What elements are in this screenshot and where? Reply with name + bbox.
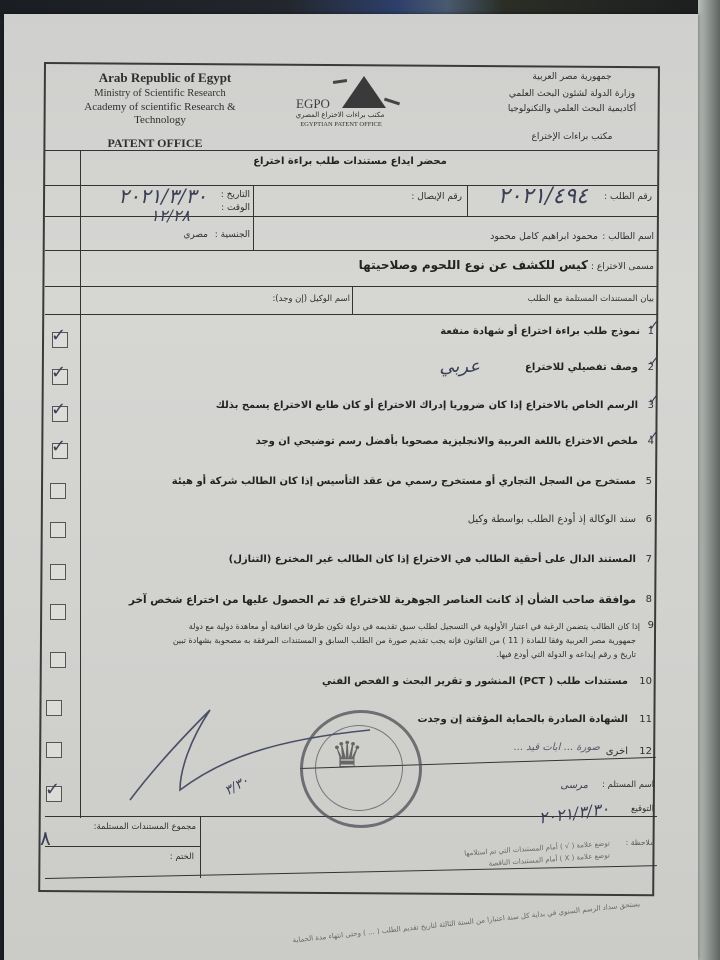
item-9-text-line1: إذا كان الطالب يتضمن الرغبة في اعتبار ال… bbox=[100, 622, 640, 631]
item-1-checkbox[interactable]: ✓ bbox=[52, 332, 68, 348]
applicant-label: اسم الطالب : bbox=[600, 232, 654, 242]
divider bbox=[45, 150, 657, 151]
handwritten-tick-icon: ✓ bbox=[648, 428, 660, 444]
applicant-value[interactable]: محمود ابراهيم كامل محمود bbox=[360, 231, 598, 242]
patent-office-arabic: مكتب براءات الإختراع bbox=[512, 132, 632, 142]
academy-english-line2: Technology bbox=[60, 114, 260, 126]
item-10-number: 10 bbox=[628, 676, 652, 687]
academy-english-line1: Academy of scientific Research & bbox=[50, 101, 270, 113]
divider bbox=[45, 286, 657, 287]
item-12-checkbox[interactable]: ✓ bbox=[46, 786, 62, 802]
receiver-value[interactable]: مرسى bbox=[540, 780, 588, 791]
divider bbox=[45, 250, 657, 251]
receipt-number-label: رقم الإيصال : bbox=[400, 192, 462, 202]
item-7-number: 7 bbox=[638, 554, 652, 565]
item-12-number: 12 bbox=[628, 746, 652, 757]
checkmark-icon: ✓ bbox=[51, 436, 66, 457]
handwritten-tick-icon: ✓ bbox=[648, 318, 660, 334]
item-3-checkbox[interactable]: ✓ bbox=[52, 406, 68, 422]
agent-label: اسم الوكيل (إن وجد): bbox=[250, 294, 350, 304]
logo-arabic-name: مكتب براءات الاختراع المصري bbox=[290, 111, 390, 119]
column-divider bbox=[253, 186, 254, 250]
item-7-checkbox[interactable] bbox=[50, 564, 66, 580]
checkmark-icon: ✓ bbox=[51, 399, 66, 420]
item-5-text: مستخرج من السجل التجاري أو مستخرج رسمي م… bbox=[200, 476, 636, 487]
item-2-checkbox[interactable]: ✓ bbox=[52, 369, 68, 385]
item-5-checkbox[interactable] bbox=[50, 483, 66, 499]
checkmark-icon: ✓ bbox=[45, 779, 60, 800]
item-4-checkbox[interactable]: ✓ bbox=[52, 443, 68, 459]
receiver-label: اسم المستلم : bbox=[590, 780, 654, 790]
signature-label: التوقيع bbox=[610, 804, 654, 814]
item-4-text: ملخص الاختراع باللغة العربية والانجليزية… bbox=[270, 436, 638, 447]
divider bbox=[45, 314, 657, 315]
total-documents-value[interactable]: ٨ bbox=[40, 826, 64, 850]
logo-acronym: EGPO bbox=[296, 96, 342, 112]
item-11-text: الشهادة الصادرة بالحماية المؤقتة إن وجدت bbox=[400, 714, 628, 725]
item-2-handwritten-note: عربي bbox=[420, 356, 480, 377]
country-english: Arab Republic of Egypt bbox=[70, 70, 260, 86]
stamp-label: الختم : bbox=[150, 852, 194, 862]
handwritten-signature-scribble bbox=[120, 700, 380, 810]
time-value[interactable]: ١٢/٢٨ bbox=[110, 206, 190, 225]
application-number-value[interactable]: ٢٠٢١/٤٩٤ bbox=[478, 184, 588, 209]
date-value[interactable]: ٢٠٢١/٣/٣٠ bbox=[82, 184, 207, 208]
nationality-value[interactable]: مصري bbox=[160, 230, 208, 240]
divider bbox=[45, 846, 200, 847]
total-documents-label: مجموع المستندات المستلمة: bbox=[60, 822, 196, 832]
item-2-text: وصف تفصيلي للاختراع bbox=[480, 362, 638, 373]
date-label: التاريخ : bbox=[210, 190, 250, 200]
item-11-number: 11 bbox=[628, 714, 652, 725]
item-8-checkbox[interactable] bbox=[50, 604, 66, 620]
item-10-checkbox[interactable] bbox=[46, 700, 62, 716]
item-10-text: مستندات طلب ( PCT) المنشور و تقرير البحث… bbox=[290, 676, 628, 687]
item-8-number: 8 bbox=[638, 594, 652, 605]
checkmark-icon: ✓ bbox=[51, 362, 66, 383]
checkbox-column-divider bbox=[80, 150, 81, 818]
checkmark-icon: ✓ bbox=[51, 325, 66, 346]
column-divider bbox=[200, 816, 201, 878]
nationality-label: الجنسية : bbox=[210, 230, 250, 240]
item-6-checkbox[interactable] bbox=[50, 522, 66, 538]
pyramid-icon bbox=[342, 76, 386, 108]
item-12-text: اخرى bbox=[600, 746, 628, 757]
note-label: ملاحظة : bbox=[612, 838, 654, 847]
item-3-text: الرسم الخاص بالاختراع إذا كان ضروريا إدر… bbox=[230, 400, 638, 411]
item-6-number: 6 bbox=[638, 514, 652, 525]
item-8-text: موافقة صاحب الشأن إذ كانت العناصر الجوهر… bbox=[150, 594, 636, 606]
agent-field[interactable] bbox=[90, 292, 246, 310]
item-9-text-line2: جمهورية مصر العربية وفقا للمادة ( 11 ) م… bbox=[96, 636, 636, 645]
column-divider bbox=[467, 186, 468, 216]
documents-received-label: بيان المستندات المستلمة مع الطلب bbox=[490, 294, 654, 304]
item-12-handwritten: صورة ... ابات قيد ... bbox=[430, 742, 600, 753]
patent-office-english: PATENT OFFICE bbox=[70, 136, 240, 151]
item-9-checkbox[interactable] bbox=[50, 652, 66, 668]
country-arabic: جمهورية مصر العربية bbox=[512, 72, 632, 82]
receipt-number-field[interactable] bbox=[258, 190, 388, 210]
time-label: الوقت : bbox=[210, 203, 250, 213]
academy-arabic: أكاديمية البحث العلمي والتكنولوجيا bbox=[502, 104, 642, 114]
application-number-label: رقم الطلب : bbox=[594, 192, 652, 202]
ministry-english: Ministry of Scientific Research bbox=[60, 88, 260, 99]
item-11-checkbox[interactable] bbox=[46, 742, 62, 758]
handwritten-tick-icon: ✓ bbox=[648, 392, 660, 408]
logo-english-name: EGYPTIAN PATENT OFFICE bbox=[286, 121, 396, 128]
item-9-number: 9 bbox=[640, 620, 654, 631]
item-5-number: 5 bbox=[638, 476, 652, 487]
form-title: محضر ايداع مستندات طلب براءة اختراع bbox=[200, 156, 500, 167]
item-6-text: سند الوكالة إذ أودع الطلب بواسطة وكيل bbox=[400, 514, 636, 525]
item-7-text: المستند الدال على أحقية الطالب في الاختر… bbox=[270, 554, 636, 565]
item-1-text: نموذج طلب براءة اختراع أو شهادة منفعة bbox=[320, 326, 640, 337]
item-9-text-line3: تاريخ و رقم إيداعه و الدولة التي أودع في… bbox=[96, 650, 636, 659]
photo-background-right bbox=[698, 0, 720, 960]
handwritten-tick-icon: ✓ bbox=[648, 354, 660, 370]
invention-value[interactable]: كيس للكشف عن نوع اللحوم وصلاحيتها bbox=[330, 258, 588, 272]
ministry-arabic: وزارة الدولة لشئون البحث العلمي bbox=[502, 89, 642, 99]
invention-label: مسمى الاختراع : bbox=[590, 262, 654, 272]
column-divider bbox=[352, 286, 353, 314]
